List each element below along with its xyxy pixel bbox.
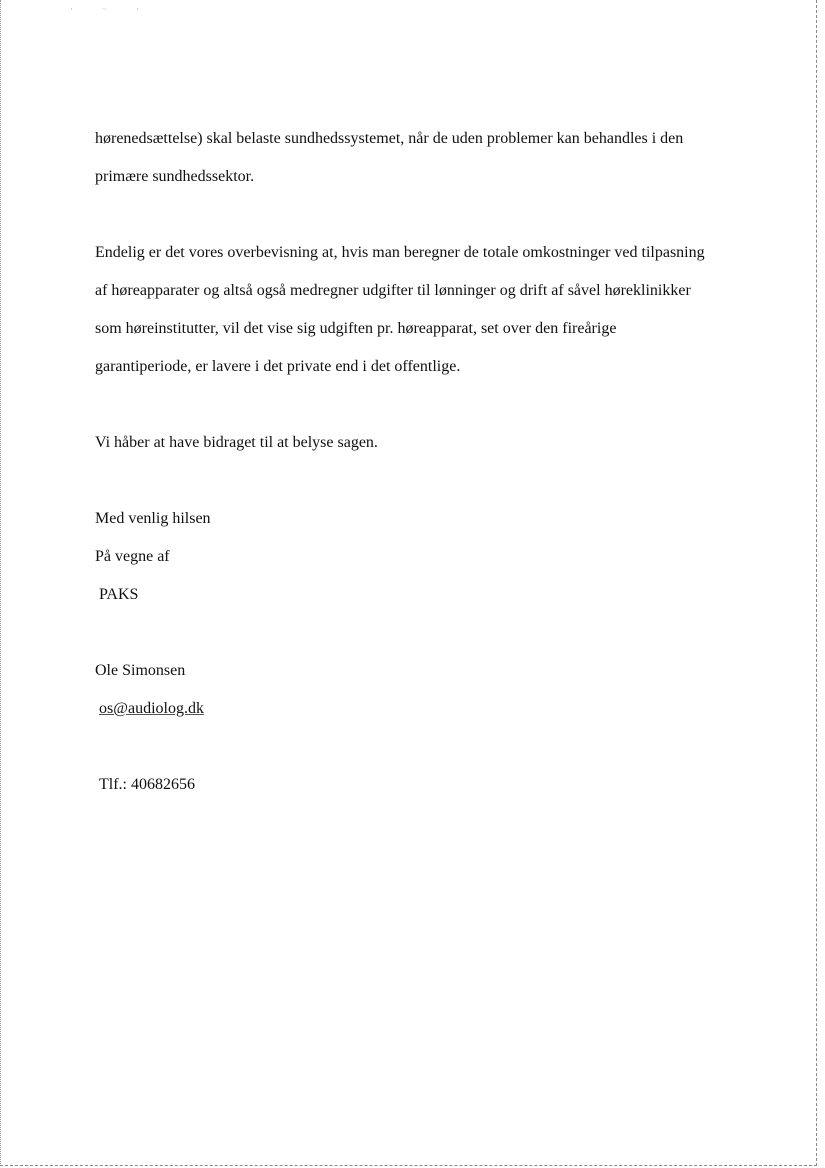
text-line: Vi håber at have bidraget til at belyse … xyxy=(95,433,745,452)
paragraph-cost-argument: Endelig er det vores overbevisning at, h… xyxy=(95,224,745,395)
scan-border-right xyxy=(816,0,818,1166)
signature-phone: Tlf.: 40682656 xyxy=(95,775,745,794)
scan-border-left xyxy=(0,0,2,1166)
scan-artifacts: · ᵕ · xyxy=(70,4,153,14)
text-line: af høreapparater og altså også medregner… xyxy=(95,281,745,300)
letter-body: hørenedsættelse) skal belaste sundhedssy… xyxy=(95,110,745,832)
paragraph-continuation: hørenedsættelse) skal belaste sundhedssy… xyxy=(95,110,745,205)
closing-organization: PAKS xyxy=(95,585,745,604)
paragraph-conclusion: Vi håber at have bidraget til at belyse … xyxy=(95,414,745,471)
text-line: garantiperiode, er lavere i det private … xyxy=(95,357,745,376)
text-line: primære sundhedssektor. xyxy=(95,167,745,186)
signature-email-link[interactable]: os@audiolog.dk xyxy=(99,700,204,717)
text-line: Endelig er det vores overbevisning at, h… xyxy=(95,243,745,262)
spacer xyxy=(95,737,745,756)
closing-block: Med venlig hilsen På vegne af PAKS xyxy=(95,490,745,623)
closing-salutation: Med venlig hilsen xyxy=(95,509,745,528)
signature-name: Ole Simonsen xyxy=(95,661,745,680)
closing-on-behalf: På vegne af xyxy=(95,547,745,566)
text-line: som høreinstitutter, vil det vise sig ud… xyxy=(95,319,745,338)
signature-block: Ole Simonsen os@audiolog.dk Tlf.: 406826… xyxy=(95,642,745,813)
scanned-letter-page: · ᵕ · hørenedsættelse) skal belaste sund… xyxy=(0,0,825,1168)
text-line: hørenedsættelse) skal belaste sundhedssy… xyxy=(95,129,745,148)
scan-border-bottom xyxy=(0,1165,817,1167)
